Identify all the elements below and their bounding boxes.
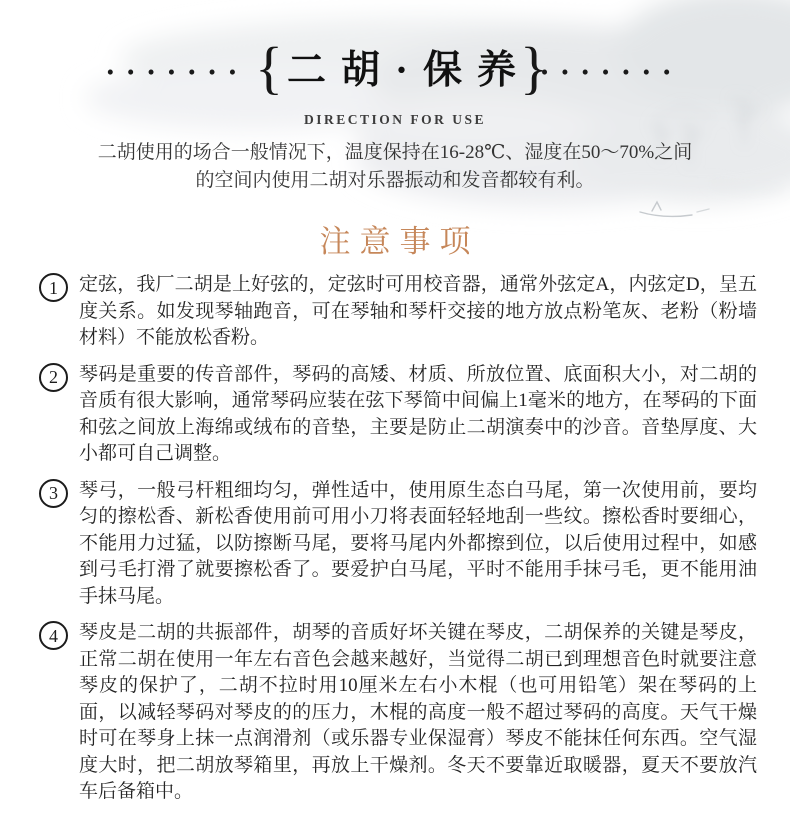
item-number-badge: 1 — [39, 273, 68, 302]
item-number-badge: 4 — [39, 621, 68, 650]
notice-item-text: 琴码是重要的传音部件，琴码的高矮、材质、所放位置、底面积大小，对二胡的音质有很大… — [79, 362, 757, 468]
notice-item-2: 2 琴码是重要的传音部件，琴码的高矮、材质、所放位置、底面积大小，对二胡的音质有… — [39, 362, 757, 468]
erhu-care-poster: ••••••• { 二胡·保养 } ••••••• DIRECTION FOR … — [0, 0, 790, 815]
page-title: ••••••• { 二胡·保养 } ••••••• — [0, 42, 790, 100]
notice-item-3: 3 琴弓，一般弓杆粗细均匀，弹性适中，使用原生态白马尾，第一次使用前，要均匀的擦… — [39, 478, 757, 611]
brace-left-decoration: { — [255, 39, 283, 97]
notice-item-4: 4 琴皮是二胡的共振部件，胡琴的音质好坏关键在琴皮，二胡保养的关键是琴皮，正常二… — [39, 620, 757, 806]
notice-item-list: 1 定弦，我厂二胡是上好弦的，定弦时可用校音器，通常外弦定A，内弦定D，呈五度关… — [39, 272, 757, 806]
boat-icon — [640, 202, 709, 216]
title-dots-left: ••••••• — [107, 62, 249, 83]
notice-item-text: 定弦，我厂二胡是上好弦的，定弦时可用校音器，通常外弦定A，内弦定D，呈五度关系。… — [79, 272, 757, 352]
item-number-badge: 2 — [39, 363, 68, 392]
notice-item-text: 琴弓，一般弓杆粗细均匀，弹性适中，使用原生态白马尾，第一次使用前，要均匀的擦松香… — [79, 478, 757, 611]
intro-paragraph: 二胡使用的场合一般情况下，温度保持在16-28℃、湿度在50～70%之间的空间内… — [89, 139, 701, 195]
subtitle-english: DIRECTION FOR USE — [0, 112, 790, 128]
title-text: 二胡·保养 — [287, 50, 531, 93]
notice-title: 注意事项 — [0, 216, 790, 261]
notice-item-text: 琴皮是二胡的共振部件，胡琴的音质好坏关键在琴皮，二胡保养的关键是琴皮，正常二胡在… — [79, 620, 757, 806]
title-dots-right: ••••••• — [541, 62, 683, 83]
notice-item-1: 1 定弦，我厂二胡是上好弦的，定弦时可用校音器，通常外弦定A，内弦定D，呈五度关… — [39, 272, 757, 352]
item-number-badge: 3 — [39, 479, 68, 508]
